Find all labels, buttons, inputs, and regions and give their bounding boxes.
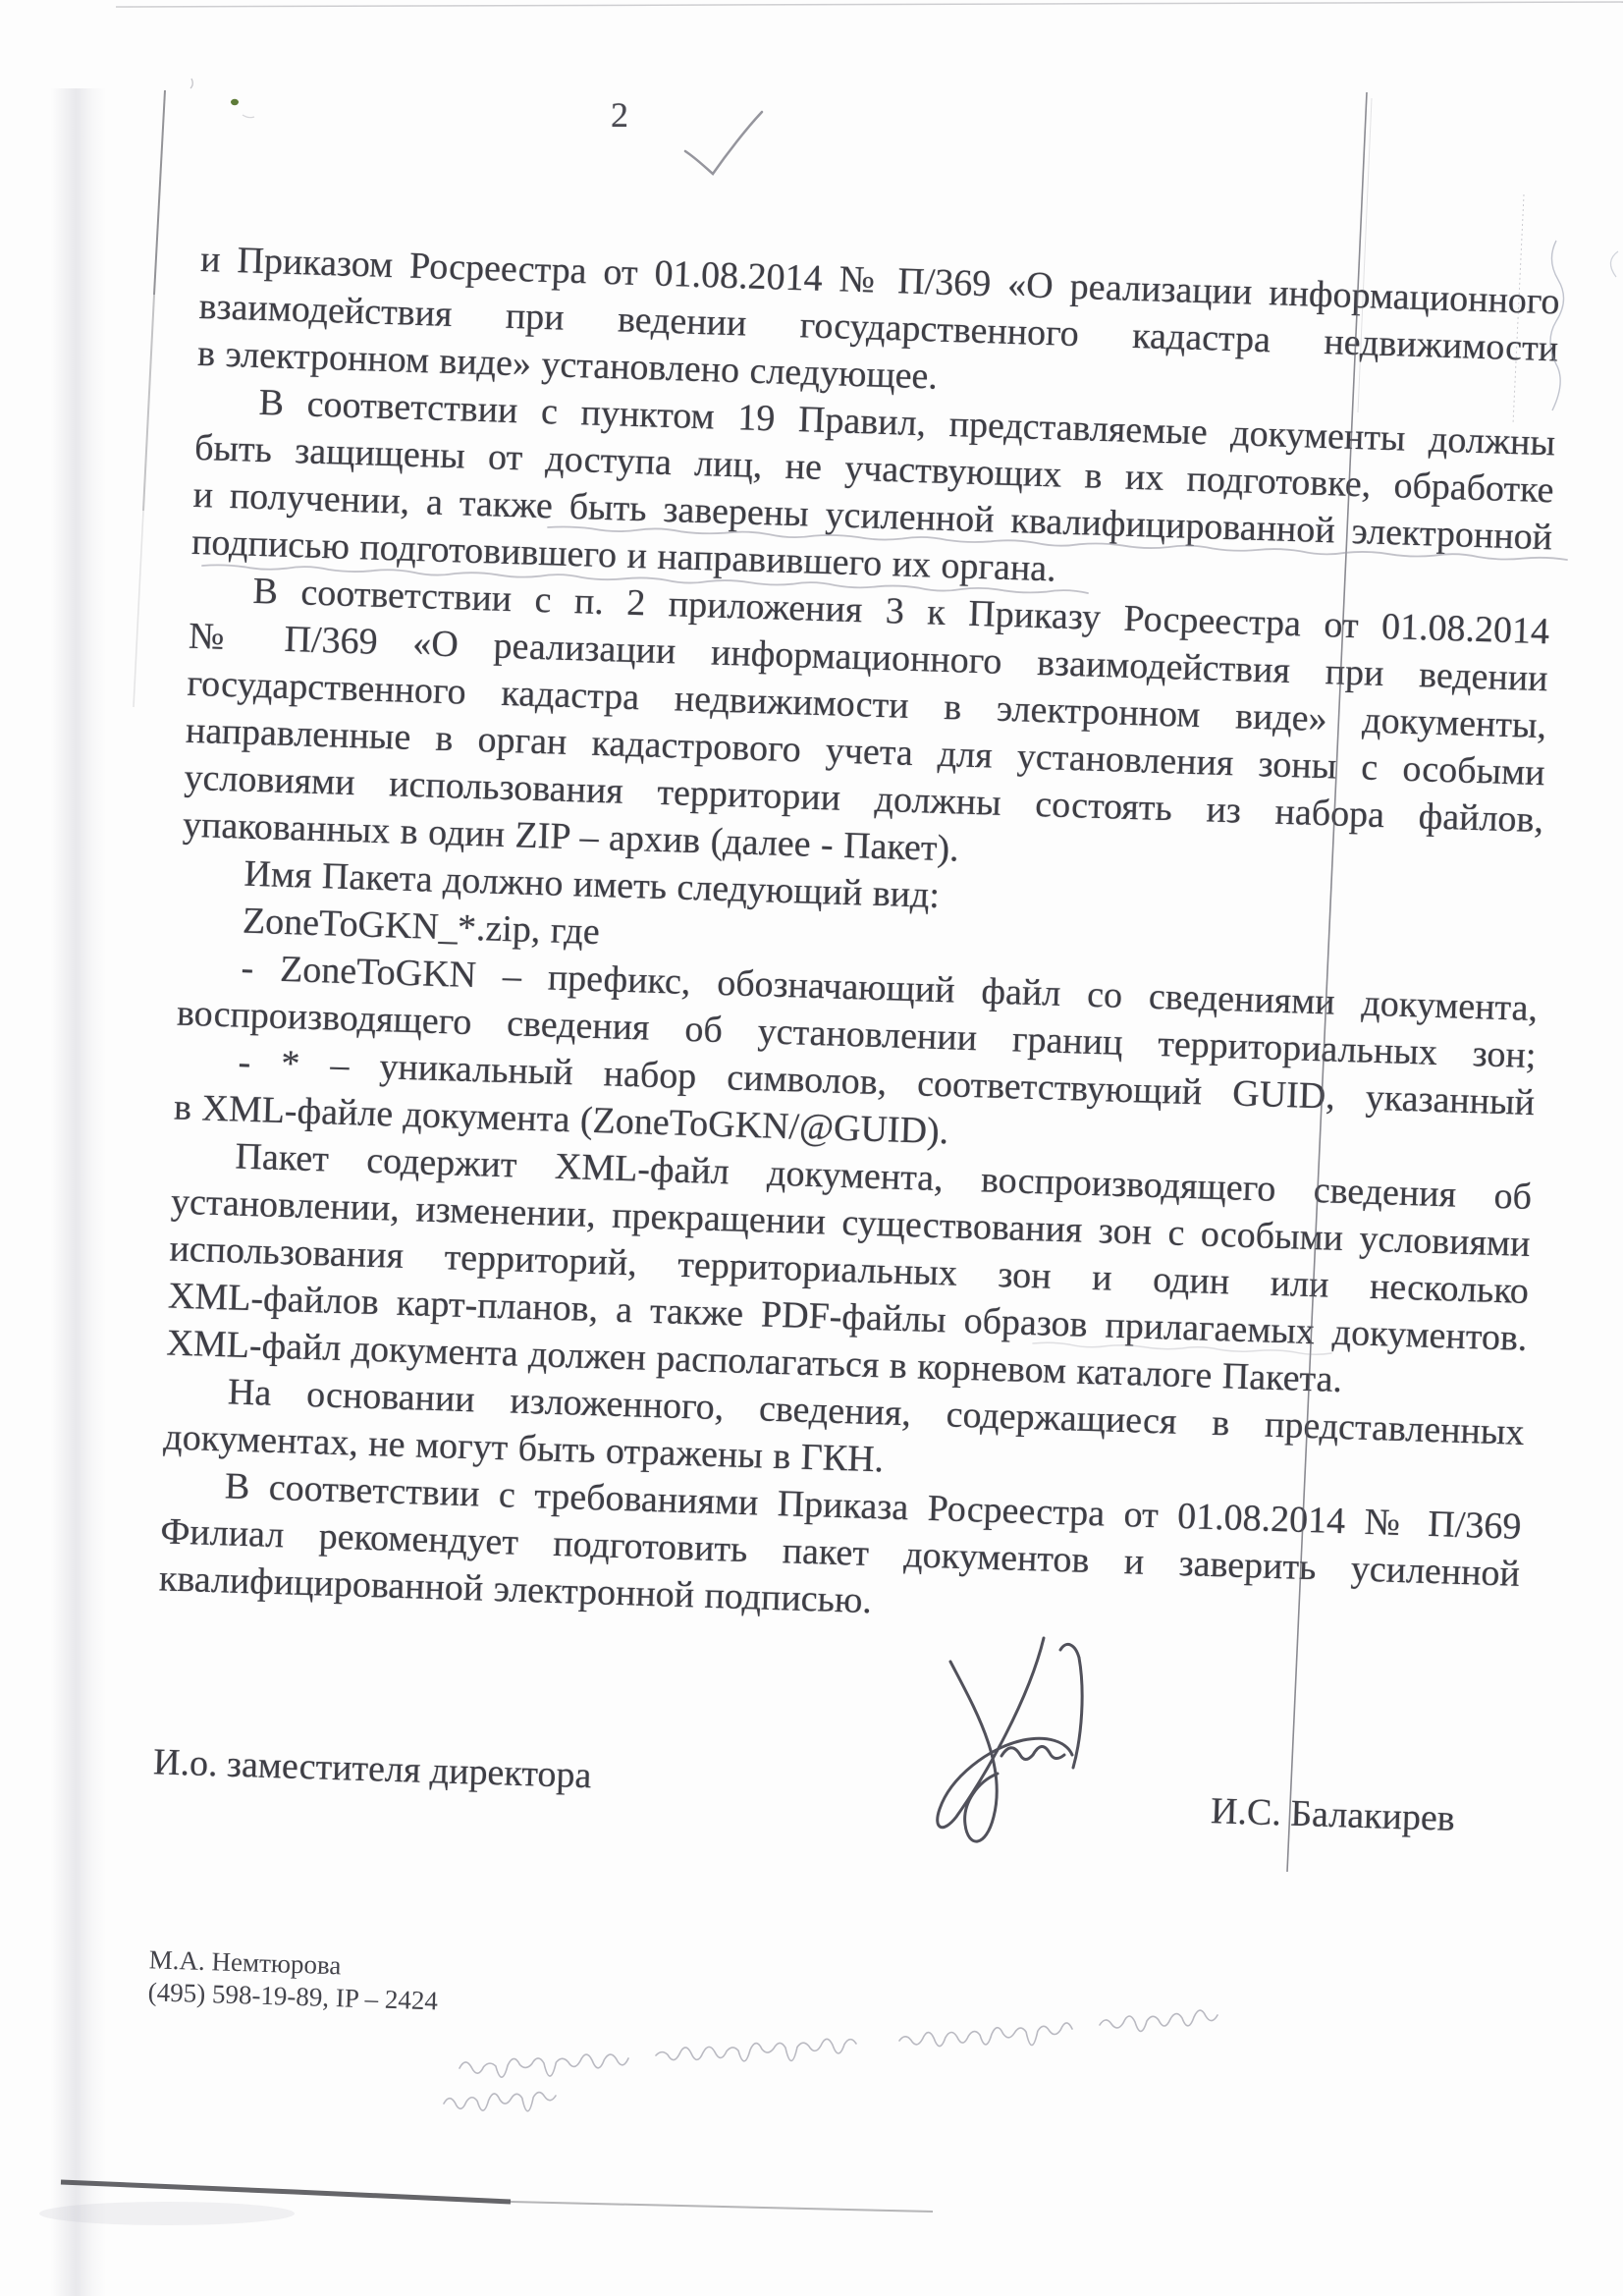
- handwriting-scribble-1a: [460, 2054, 628, 2077]
- document-text-block: и Приказом Росреестра от 01.08.2014 № П/…: [158, 236, 1560, 1645]
- executor-contact: М.А. Немтюрова (495) 598-19-89, IP – 242…: [147, 1943, 439, 2017]
- bottom-edge-line: [39, 2182, 933, 2225]
- handwriting-scribble-1b: [656, 2039, 856, 2061]
- signatory-role: И.о. заместителя директора: [152, 1739, 592, 1798]
- left-edge-line: [134, 90, 165, 707]
- signatory-name: И.С. Балакирев: [1210, 1788, 1455, 1841]
- handwriting-scribble-1c: [899, 2023, 1072, 2047]
- scan-edge-shadow: [51, 88, 106, 2296]
- signature-icon: [938, 1638, 1082, 1841]
- body-text: и Приказом Росреестра от 01.08.2014 № П/…: [158, 236, 1560, 1645]
- green-dot: [231, 99, 239, 105]
- top-edge-line: [116, 2, 1623, 7]
- speck-mark: [190, 79, 192, 88]
- checkmark-icon: [685, 112, 762, 174]
- speck-mark-2: [243, 115, 254, 118]
- handwriting-scribble-2: [444, 2093, 556, 2111]
- handwriting-scribble-1d: [1100, 2010, 1217, 2031]
- scanned-document-page: 2 и Приказом Росреестра от 01.08.2014 № …: [0, 0, 1623, 2296]
- page-number: 2: [611, 94, 628, 136]
- right-curl: [1610, 251, 1618, 277]
